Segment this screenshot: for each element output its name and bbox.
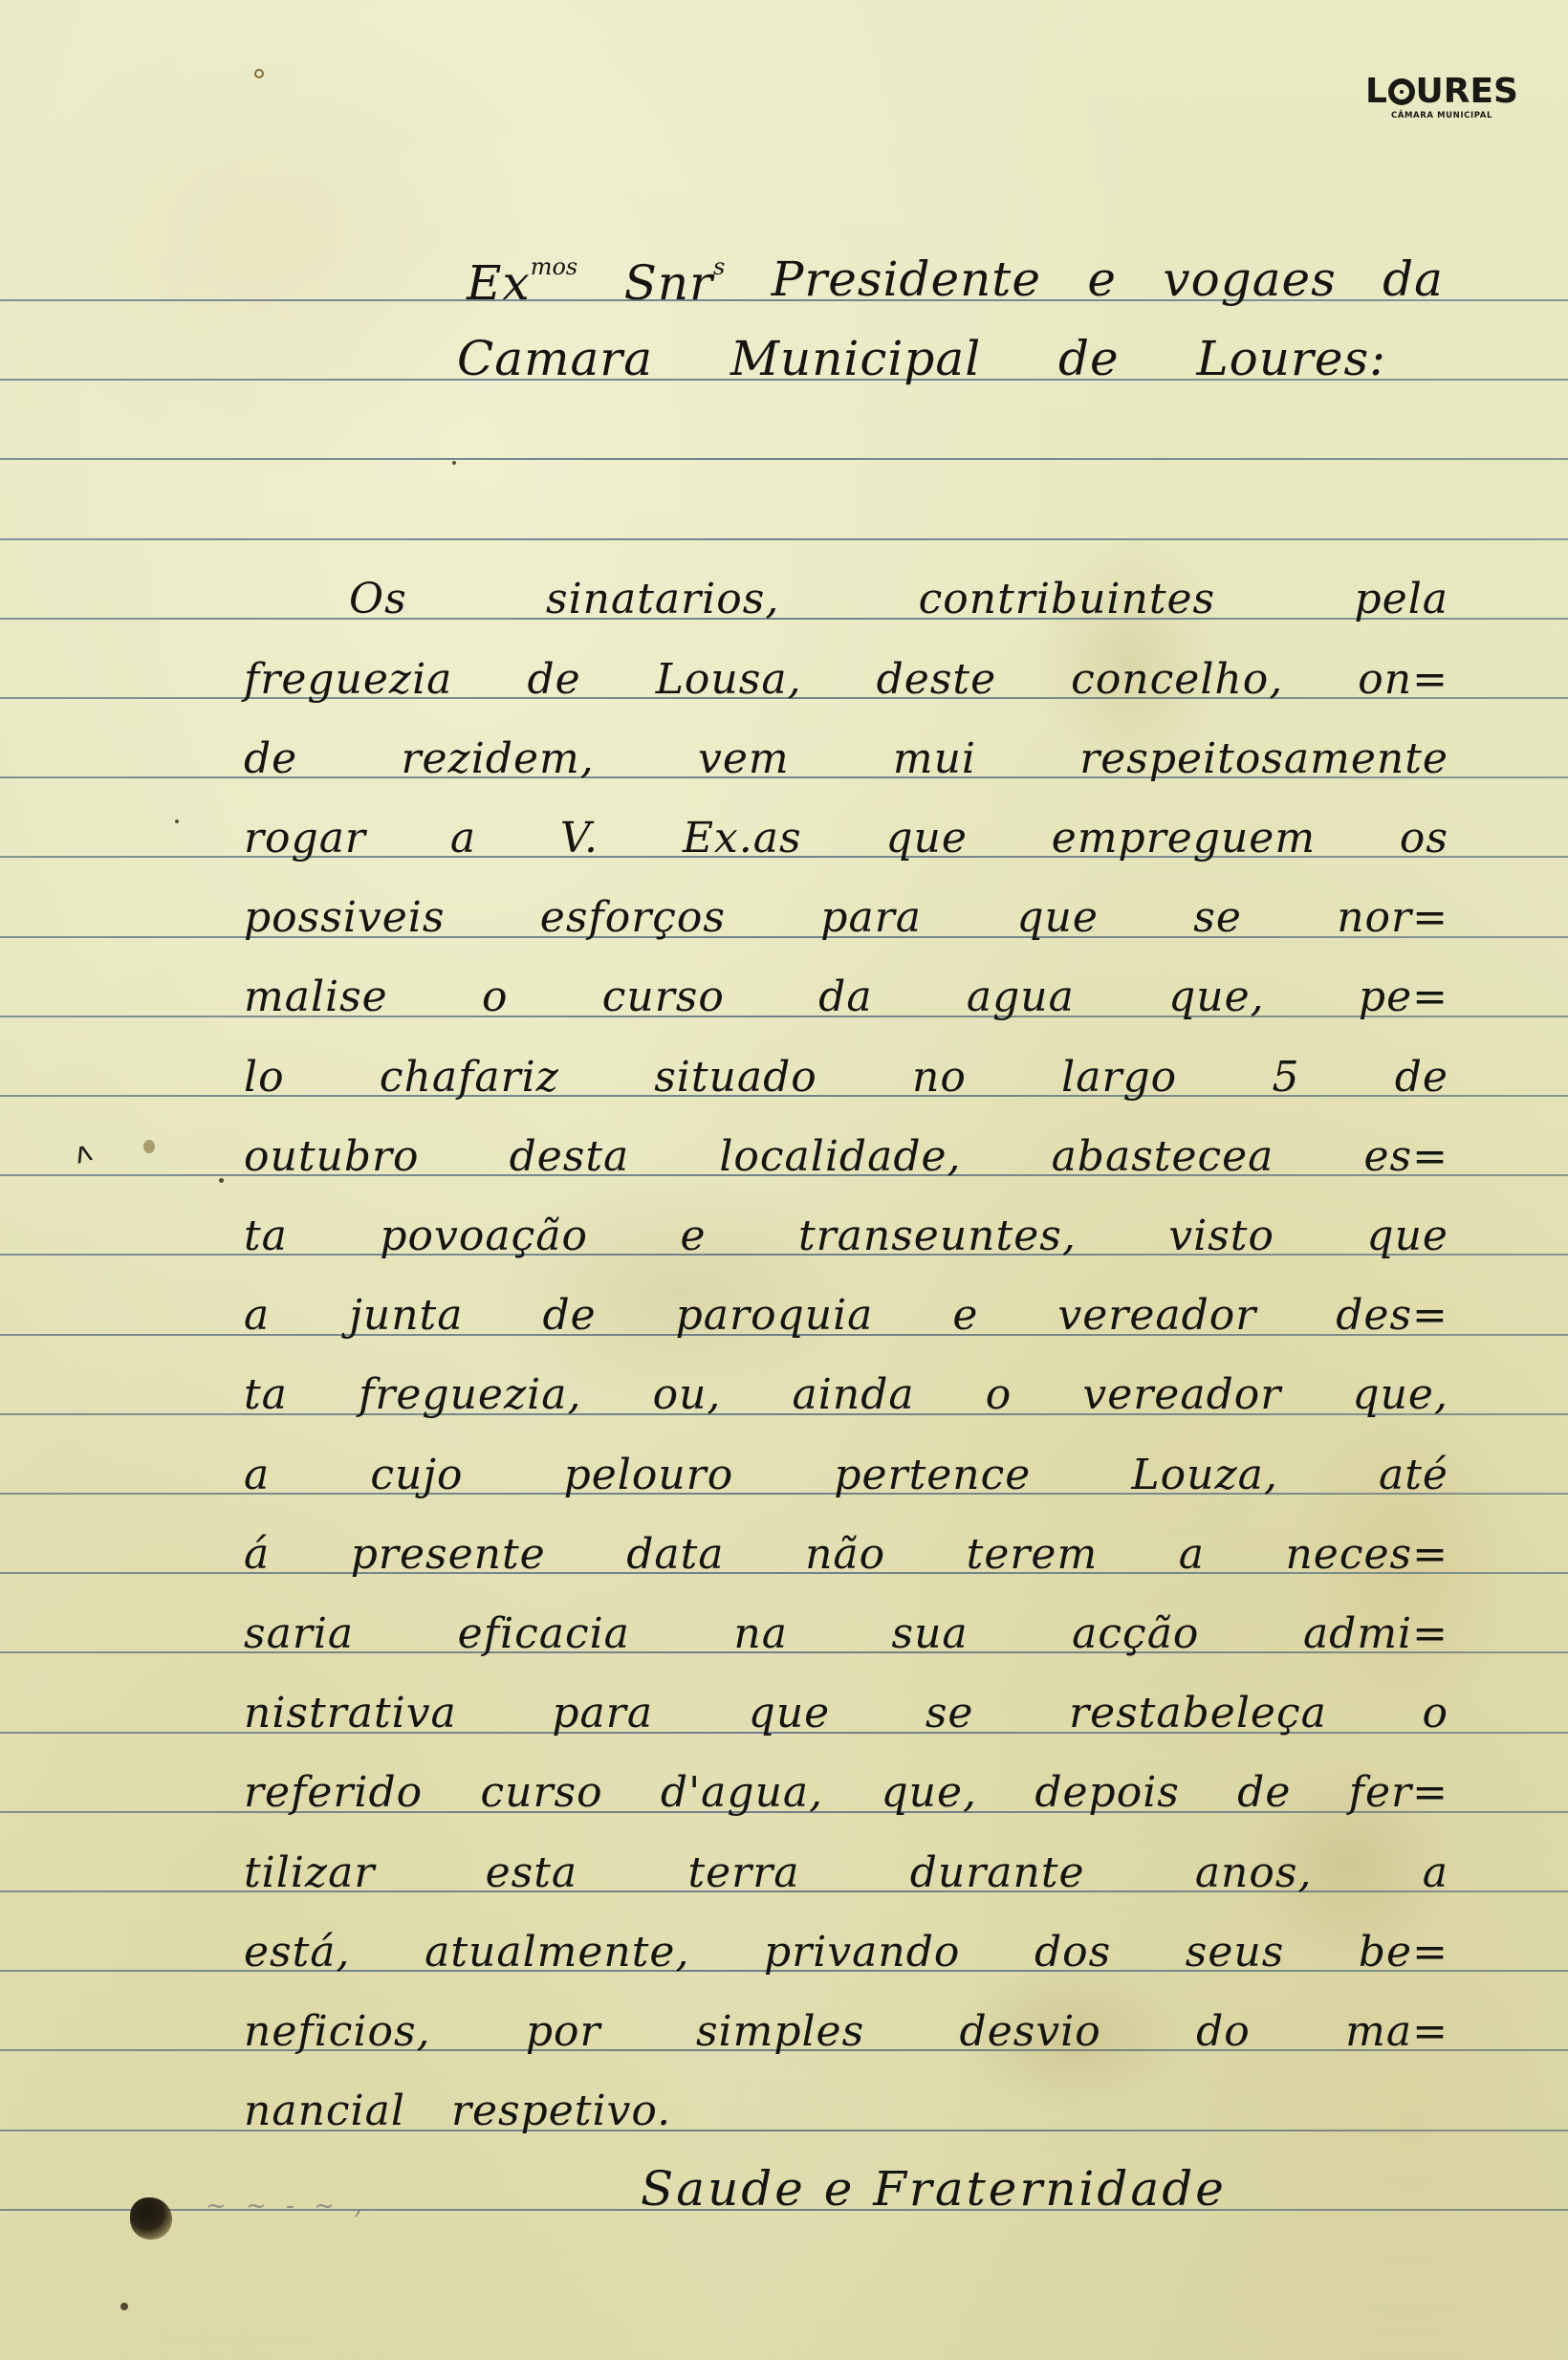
salutation-word: Loures:	[1196, 335, 1386, 382]
body-word: curso	[481, 1772, 603, 1814]
body-line: outubrodestalocalidade,abasteceaes=	[244, 1136, 1448, 1178]
body-line: referidocursod'agua,que,depoisdefer=	[244, 1772, 1448, 1814]
body-word: o	[986, 1374, 1013, 1416]
body-line: tapovoaçãoetranseuntes,vistoque	[244, 1215, 1448, 1257]
body-line: ajuntadeparoquiaevereadordes=	[244, 1295, 1448, 1337]
body-word: o	[482, 976, 509, 1018]
body-line: tilizarestaterraduranteanos,a	[244, 1852, 1448, 1894]
paper-speck	[254, 69, 264, 78]
paper-speck	[120, 2303, 128, 2310]
body-line: ápresentedatanãoteremaneces=	[244, 1534, 1448, 1576]
ruled-line	[0, 458, 1568, 460]
body-word: on=	[1358, 659, 1448, 701]
body-word: que,	[1352, 1374, 1448, 1416]
logo-letters-ures: URES	[1416, 75, 1518, 109]
body-word: ou,	[653, 1374, 722, 1416]
body-line: nancialrespetivo.	[244, 2090, 822, 2132]
body-word: neficios,	[244, 2011, 431, 2053]
body-word: rogar	[244, 818, 366, 860]
body-word: malise	[244, 976, 388, 1018]
salutation-word: Municipal	[730, 335, 981, 382]
salutation-word: Presidente	[772, 255, 1041, 307]
body-word: mui	[893, 738, 976, 780]
body-word: a	[244, 1295, 270, 1337]
body-word: outubro	[244, 1136, 420, 1178]
body-line: maliseocursodaaguaque,pe=	[244, 976, 1448, 1018]
superscript-abbreviation: mos	[531, 253, 578, 280]
body-word: transeuntes,	[798, 1215, 1077, 1257]
body-word: nistrativa	[244, 1693, 457, 1735]
body-word: povoação	[380, 1215, 588, 1257]
body-line: possiveisesforçosparaquesenor=	[244, 897, 1448, 939]
stylized-o-icon	[1388, 78, 1415, 105]
body-word: seus	[1186, 1932, 1285, 1974]
salutation-line: ExmosSnrsPresidenteevogaesda	[467, 255, 1444, 307]
body-word: restabeleça	[1069, 1693, 1327, 1735]
salutation-line: CamaraMunicipaldeLoures:	[457, 335, 1386, 382]
closing-line: Saude e Fraternidade	[641, 2165, 1339, 2213]
body-word: largo	[1061, 1057, 1177, 1099]
body-word: terem	[967, 1534, 1099, 1576]
body-word: paroquia	[676, 1295, 874, 1337]
body-line: acujopelouropertenceLouza,até	[244, 1454, 1448, 1497]
body-word: anos,	[1195, 1852, 1313, 1894]
body-word: empreguem	[1052, 818, 1316, 860]
body-word: pertence	[834, 1454, 1031, 1497]
body-word: a	[1179, 1534, 1205, 1576]
body-word: Os	[349, 579, 407, 621]
body-word: de	[244, 738, 297, 780]
body-word: admi=	[1303, 1613, 1448, 1655]
body-word: tilizar	[244, 1852, 375, 1894]
body-word: abastecea	[1052, 1136, 1274, 1178]
body-word: pela	[1354, 579, 1448, 621]
body-word: respeitosamente	[1079, 738, 1448, 780]
body-line: fregueziadeLousa,desteconcelho,on=	[244, 659, 1448, 701]
paper-speck	[452, 461, 456, 465]
body-line: Ossinatarios,contribuintespela	[349, 579, 1448, 621]
body-word: data	[626, 1534, 724, 1576]
body-word: sinatarios,	[546, 579, 779, 621]
body-word: cujo	[370, 1454, 463, 1497]
body-line: lochafarizsituadonolargo5de	[244, 1057, 1448, 1099]
body-word: pelouro	[564, 1454, 734, 1497]
body-word: be=	[1359, 1932, 1448, 1974]
salutation-word: Exmos	[467, 255, 577, 307]
body-word: privando	[764, 1932, 960, 1974]
body-word: junta	[349, 1295, 463, 1337]
body-word: fer=	[1349, 1772, 1448, 1814]
body-line: neficios,porsimplesdesviodoma=	[244, 2011, 1448, 2053]
body-word: visto	[1168, 1215, 1274, 1257]
ruled-line	[0, 538, 1568, 540]
body-word: freguezia	[244, 659, 452, 701]
body-word: concelho,	[1071, 659, 1283, 701]
body-word: Lousa,	[656, 659, 802, 701]
salutation-word: da	[1383, 255, 1444, 307]
body-word: saria	[244, 1613, 354, 1655]
body-word: durante	[910, 1852, 1085, 1894]
salutation-word: Camara	[457, 335, 653, 382]
body-word: e	[680, 1215, 706, 1257]
body-word: por	[526, 2011, 601, 2053]
body-word: freguezia,	[359, 1374, 581, 1416]
body-word: Louza,	[1131, 1454, 1277, 1497]
superscript-abbreviation: s	[713, 253, 725, 280]
body-word: de	[1237, 1772, 1291, 1814]
body-word: a	[244, 1454, 270, 1497]
body-word: que	[1016, 897, 1099, 939]
body-word: ma=	[1345, 2011, 1448, 2053]
body-word: ta	[244, 1215, 288, 1257]
body-word: até	[1379, 1454, 1448, 1497]
body-word: des=	[1336, 1295, 1448, 1337]
body-word: de	[1395, 1057, 1448, 1099]
body-word: sua	[892, 1613, 969, 1655]
body-word: para	[552, 1693, 653, 1735]
body-line: rogaraV.Ex.asqueempreguemos	[244, 818, 1448, 860]
body-word: d'agua,	[661, 1772, 823, 1814]
paper-speck	[175, 819, 179, 823]
body-word: agua	[967, 976, 1075, 1018]
body-word: terra	[687, 1852, 799, 1894]
body-word: do	[1196, 2011, 1251, 2053]
body-line: derezidem,vemmuirespeitosamente	[244, 738, 1448, 780]
body-word: vereador	[1057, 1295, 1256, 1337]
body-word: rezidem,	[401, 738, 594, 780]
body-word: referido	[244, 1772, 423, 1814]
body-line: nistrativaparaqueserestabeleçao	[244, 1693, 1448, 1735]
body-word: presente	[351, 1534, 546, 1576]
body-word: para	[820, 897, 922, 939]
body-word: eficacia	[458, 1613, 630, 1655]
body-word: chafariz	[380, 1057, 559, 1099]
body-word: atualmente,	[425, 1932, 689, 1974]
body-word: não	[805, 1534, 885, 1576]
body-word: lo	[244, 1057, 285, 1099]
loures-logo: L URES CÂMARA MUNICIPAL	[1365, 75, 1518, 120]
body-line: está,atualmente,privandodosseusbe=	[244, 1932, 1448, 1974]
body-word: esforços	[540, 897, 726, 939]
body-word: nor=	[1337, 897, 1448, 939]
body-word: acção	[1072, 1613, 1199, 1655]
body-word: os	[1400, 818, 1448, 860]
body-word: e	[952, 1295, 978, 1337]
paper-stain	[0, 0, 574, 478]
body-word: depois	[1034, 1772, 1180, 1814]
body-word: que	[885, 818, 968, 860]
body-word: da	[818, 976, 872, 1018]
body-word: localidade,	[719, 1136, 961, 1178]
salutation-word: e	[1087, 255, 1117, 307]
body-word: es=	[1363, 1136, 1448, 1178]
body-word: Ex.as	[683, 818, 802, 860]
body-word: pe=	[1359, 976, 1448, 1018]
logo-wordmark: L URES	[1365, 75, 1518, 109]
paper-speck	[143, 1140, 155, 1153]
body-word: que,	[1168, 976, 1265, 1018]
body-word: possiveis	[244, 897, 445, 939]
body-word: que,	[881, 1772, 977, 1814]
body-word: contribuintes	[919, 579, 1215, 621]
body-line: tafreguezia,ou,aindaovereadorque,	[244, 1374, 1448, 1416]
body-word: ainda	[793, 1374, 915, 1416]
body-word: de	[527, 659, 580, 701]
ink-blot	[130, 2197, 172, 2240]
paper-speck	[219, 1178, 224, 1183]
body-word: a	[1423, 1852, 1448, 1894]
body-word: deste	[877, 659, 997, 701]
body-word: simples	[696, 2011, 864, 2053]
body-word: respetivo.	[451, 2090, 671, 2132]
salutation-word: vogaes	[1163, 255, 1336, 307]
body-word: V.	[560, 818, 599, 860]
body-word: neces=	[1285, 1534, 1448, 1576]
logo-letter-l: L	[1365, 75, 1387, 109]
body-word: que	[749, 1693, 831, 1735]
body-word: vem	[698, 738, 790, 780]
body-word: de	[542, 1295, 596, 1337]
body-line: sariaeficacianasuaacçãoadmi=	[244, 1613, 1448, 1655]
body-word: a	[450, 818, 476, 860]
body-word: 5	[1272, 1057, 1299, 1099]
body-word: nancial	[244, 2090, 405, 2132]
body-word: desta	[510, 1136, 630, 1178]
body-word: dos	[1034, 1932, 1111, 1974]
body-word: ta	[244, 1374, 288, 1416]
salutation-word: Snrs	[624, 255, 726, 307]
faint-erased-text: ~ ~ - ~ ,	[206, 2192, 367, 2220]
body-word: desvio	[960, 2011, 1101, 2053]
body-word: o	[1422, 1693, 1448, 1735]
body-word: se	[1193, 897, 1242, 939]
salutation-word: de	[1058, 335, 1120, 382]
body-word: no	[912, 1057, 967, 1099]
body-word: que	[1366, 1215, 1448, 1257]
body-word: situado	[654, 1057, 817, 1099]
body-word: curso	[602, 976, 725, 1018]
body-word: vereador	[1082, 1374, 1281, 1416]
logo-subtitle: CÂMARA MUNICIPAL	[1365, 111, 1518, 120]
body-word: se	[926, 1693, 974, 1735]
body-word: esta	[486, 1852, 578, 1894]
body-word: está,	[244, 1932, 351, 1974]
body-word: na	[733, 1613, 788, 1655]
body-word: á	[244, 1534, 270, 1576]
